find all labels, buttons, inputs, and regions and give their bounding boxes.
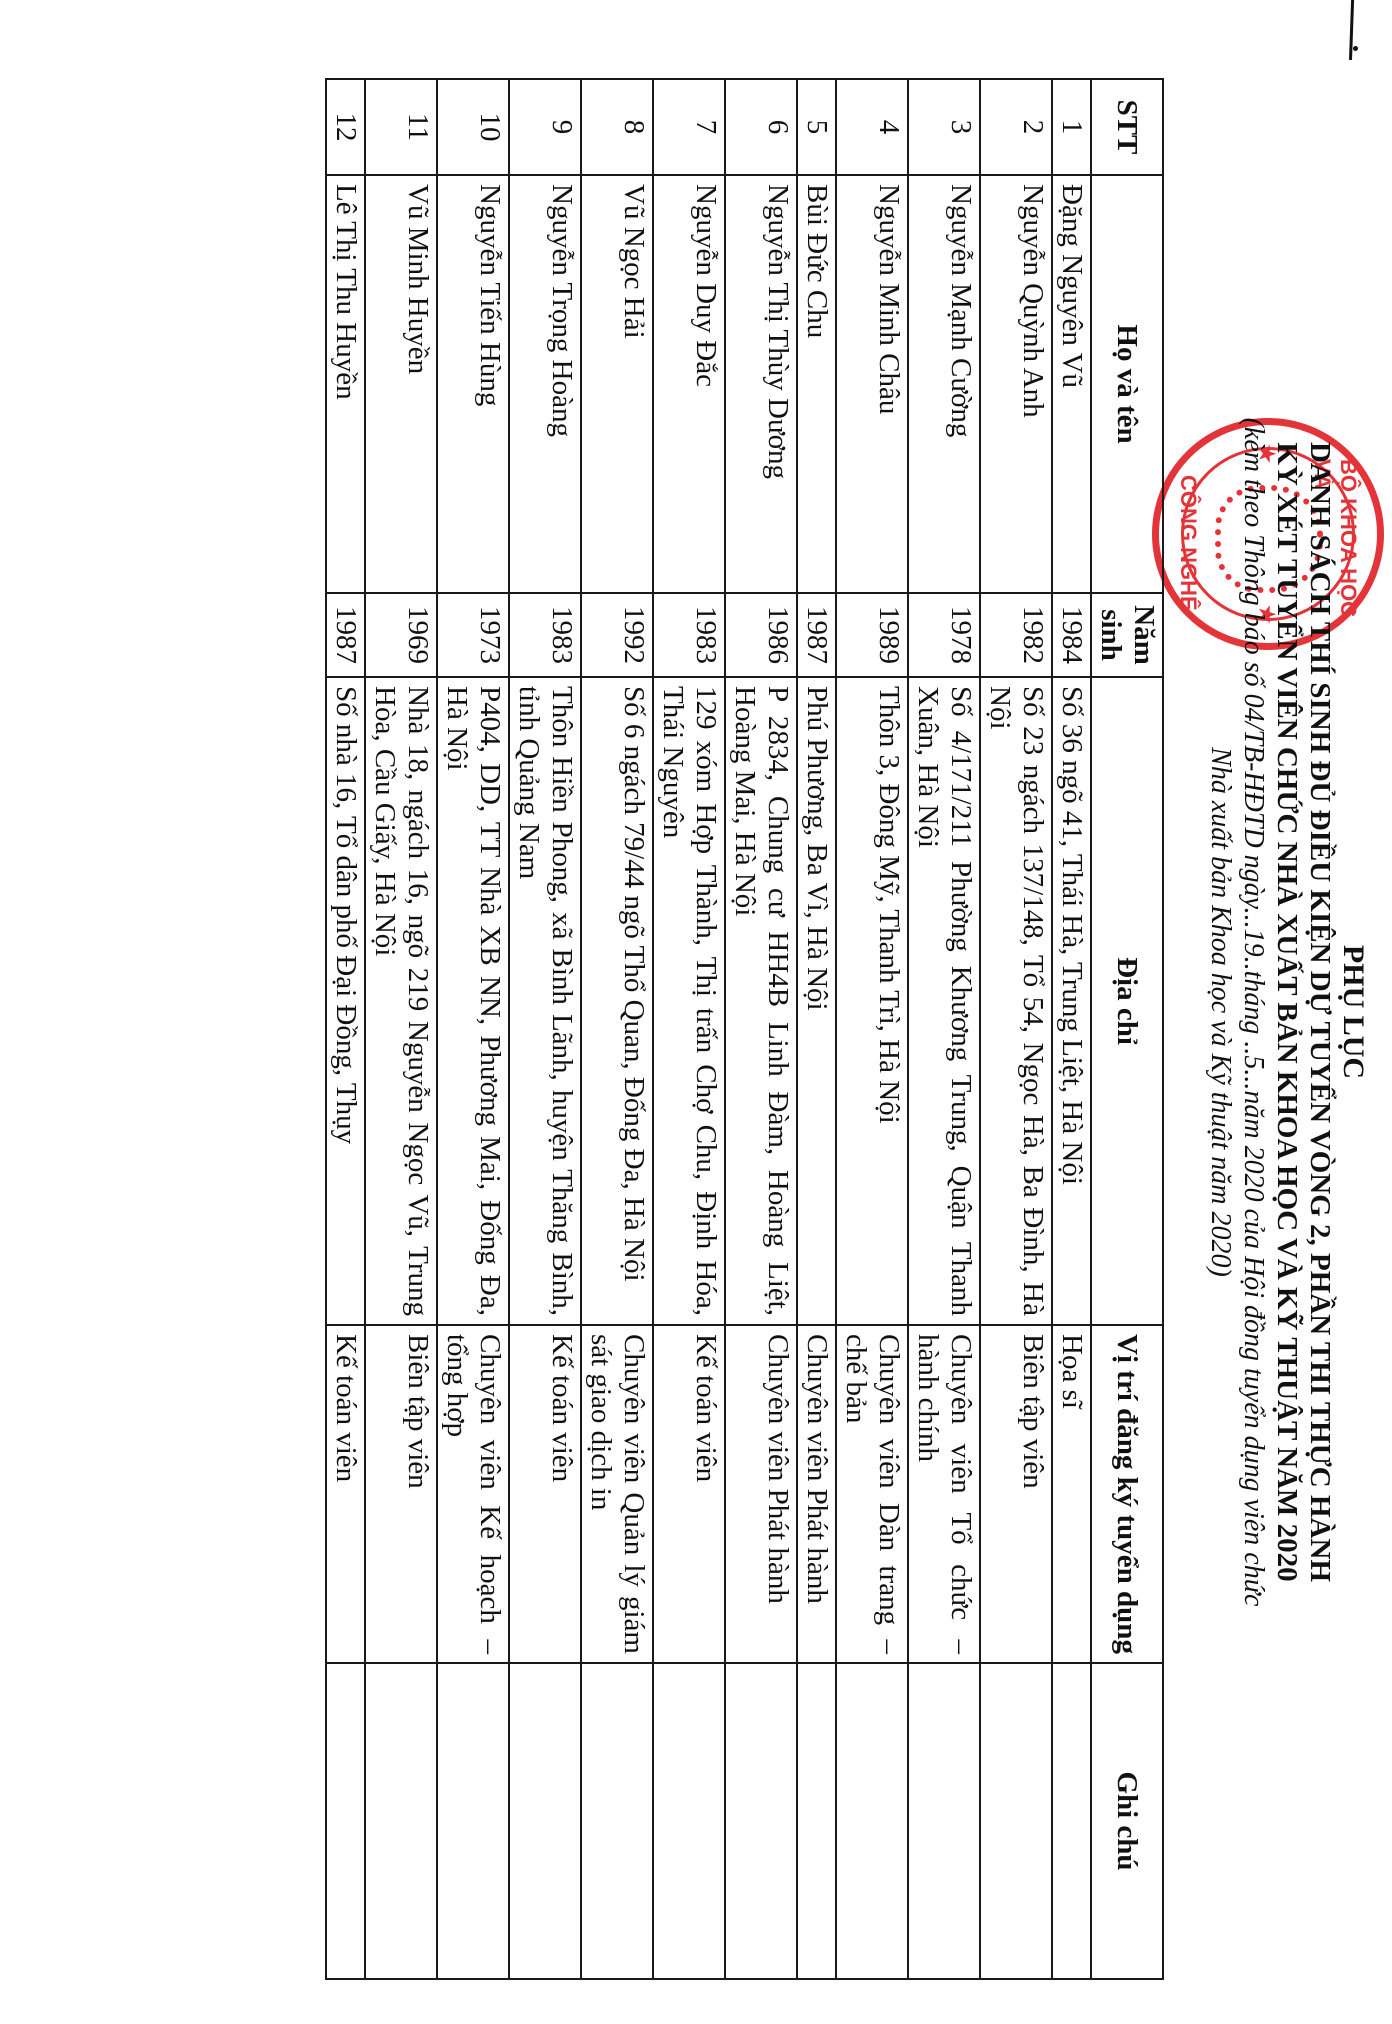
cell-name: Nguyễn Trọng Hoàng bbox=[509, 175, 581, 593]
table-row: 3Nguyễn Mạnh Cường1978Số 4/171/211 Phườn… bbox=[908, 79, 980, 1979]
table-row: 11Vũ Minh Huyền1969Nhà 18, ngách 16, ngõ… bbox=[365, 79, 437, 1979]
document-subtitle-line-1: (kèm theo Thông báo số 04/TB-HĐTD ngày..… bbox=[1237, 0, 1270, 2024]
cell-name: Nguyễn Quỳnh Anh bbox=[980, 175, 1052, 593]
header-address: Địa chỉ bbox=[1091, 677, 1163, 1325]
cell-stt: 2 bbox=[980, 79, 1052, 175]
cell-name: Bùi Đức Chu bbox=[797, 175, 836, 593]
cell-position: Kế toán viên bbox=[653, 1325, 725, 1663]
cell-position: Biên tập viên bbox=[365, 1325, 437, 1663]
cell-year: 1989 bbox=[836, 593, 908, 677]
cell-note bbox=[908, 1663, 980, 1979]
cell-position: Chuyên viên Quản lý giám sát giao dịch i… bbox=[581, 1325, 653, 1663]
cell-year: 1983 bbox=[509, 593, 581, 677]
cell-name: Nguyễn Minh Châu bbox=[836, 175, 908, 593]
cell-address: Số 23 ngách 137/148, Tổ 54, Ngọc Hà, Ba … bbox=[980, 677, 1052, 1325]
cell-stt: 4 bbox=[836, 79, 908, 175]
cell-year: 1984 bbox=[1052, 593, 1091, 677]
cell-stt: 3 bbox=[908, 79, 980, 175]
cell-name: Nguyễn Mạnh Cường bbox=[908, 175, 980, 593]
cell-year: 1987 bbox=[326, 593, 365, 677]
cell-note bbox=[437, 1663, 509, 1979]
cell-stt: 9 bbox=[509, 79, 581, 175]
table-row: 9Nguyễn Trọng Hoàng1983Thôn Hiền Phong, … bbox=[509, 79, 581, 1979]
cell-note bbox=[509, 1663, 581, 1979]
cell-address: Thôn 3, Đông Mỹ, Thanh Trì, Hà Nội bbox=[836, 677, 908, 1325]
cell-address: Số nhà 16, Tổ dân phố Đại Đồng, Thụy bbox=[326, 677, 365, 1325]
table-row: 6Nguyễn Thị Thùy Dương1986P 2834, Chung … bbox=[725, 79, 797, 1979]
cell-year: 1983 bbox=[653, 593, 725, 677]
scanned-document-page: ★ ★ BỘ KHOA HỌC VÀ CÔNG NGHỆ PHỤ LỤC DAN… bbox=[0, 0, 1392, 2024]
cell-note bbox=[365, 1663, 437, 1979]
header-year: Năm sinh bbox=[1091, 593, 1163, 677]
cell-position: Kế toán viên bbox=[509, 1325, 581, 1663]
cell-address: Số 6 ngách 79/44 ngõ Thổ Quan, Đống Đa, … bbox=[581, 677, 653, 1325]
cell-note bbox=[326, 1663, 365, 1979]
cell-position: Biên tập viên bbox=[980, 1325, 1052, 1663]
cell-address: Số 36 ngõ 41, Thái Hà, Trung Liệt, Hà Nộ… bbox=[1052, 677, 1091, 1325]
header-note: Ghi chú bbox=[1091, 1663, 1163, 1979]
cell-position: Chuyên viên Tổ chức – hành chính bbox=[908, 1325, 980, 1663]
cell-note bbox=[653, 1663, 725, 1979]
table-row: 1Đặng Nguyên Vũ1984Số 36 ngõ 41, Thái Hà… bbox=[1052, 79, 1091, 1979]
cell-year: 1969 bbox=[365, 593, 437, 677]
cell-position: Họa sĩ bbox=[1052, 1325, 1091, 1663]
cell-note bbox=[581, 1663, 653, 1979]
table-row: 2Nguyễn Quỳnh Anh1982Số 23 ngách 137/148… bbox=[980, 79, 1052, 1979]
cell-address: P404, DD, TT Nhà XB NN, Phương Mai, Đống… bbox=[437, 677, 509, 1325]
cell-year: 1978 bbox=[908, 593, 980, 677]
cell-note bbox=[1052, 1663, 1091, 1979]
cell-name: Nguyễn Thị Thùy Dương bbox=[725, 175, 797, 593]
table-row: 4Nguyễn Minh Châu1989Thôn 3, Đông Mỹ, Th… bbox=[836, 79, 908, 1979]
table-header-row: STT Họ và tên Năm sinh Địa chỉ Vị trí đă… bbox=[1091, 79, 1163, 1979]
cell-name: Vũ Ngọc Hải bbox=[581, 175, 653, 593]
cell-year: 1992 bbox=[581, 593, 653, 677]
cell-address: Số 4/171/211 Phường Khương Trung, Quận T… bbox=[908, 677, 980, 1325]
cell-stt: 6 bbox=[725, 79, 797, 175]
cell-address: 129 xóm Hợp Thành, Thị trấn Chợ Chu, Địn… bbox=[653, 677, 725, 1325]
cell-stt: 8 bbox=[581, 79, 653, 175]
appendix-label: PHỤ LỤC bbox=[1336, 0, 1370, 2024]
table-row: 12Lê Thị Thu Huyền1987Số nhà 16, Tổ dân … bbox=[326, 79, 365, 1979]
cell-year: 1987 bbox=[797, 593, 836, 677]
cell-year: 1982 bbox=[980, 593, 1052, 677]
cell-year: 1973 bbox=[437, 593, 509, 677]
table-row: 7Nguyễn Duy Đắc1983129 xóm Hợp Thành, Th… bbox=[653, 79, 725, 1979]
cell-note bbox=[725, 1663, 797, 1979]
cell-position: Chuyên viên Kế hoạch – tổng hợp bbox=[437, 1325, 509, 1663]
cell-year: 1986 bbox=[725, 593, 797, 677]
cell-position: Chuyên viên Phát hành bbox=[797, 1325, 836, 1663]
cell-address: Thôn Hiền Phong, xã Bình Lãnh, huyện Thă… bbox=[509, 677, 581, 1325]
document-header: PHỤ LỤC DANH SÁCH THÍ SINH ĐỦ ĐIỀU KIỆN … bbox=[1204, 0, 1370, 2024]
seal-text-bottom: CÔNG NGHỆ bbox=[1175, 475, 1201, 611]
cell-name: Nguyễn Duy Đắc bbox=[653, 175, 725, 593]
cell-address: Nhà 18, ngách 16, ngõ 219 Nguyễn Ngọc Vũ… bbox=[365, 677, 437, 1325]
cell-name: Nguyễn Tiến Hùng bbox=[437, 175, 509, 593]
cell-stt: 10 bbox=[437, 79, 509, 175]
header-stt: STT bbox=[1091, 79, 1163, 175]
cell-note bbox=[980, 1663, 1052, 1979]
table-row: 5Bùi Đức Chu1987Phú Phương, Ba Vì, Hà Nộ… bbox=[797, 79, 836, 1979]
cell-name: Vũ Minh Huyền bbox=[365, 175, 437, 593]
header-name: Họ và tên bbox=[1091, 175, 1163, 593]
cell-stt: 1 bbox=[1052, 79, 1091, 175]
cell-name: Đặng Nguyên Vũ bbox=[1052, 175, 1091, 593]
cell-address: P 2834, Chung cư HH4B Linh Đàm, Hoàng Li… bbox=[725, 677, 797, 1325]
document-title-line-1: DANH SÁCH THÍ SINH ĐỦ ĐIỀU KIỆN DỰ TUYỂN… bbox=[1303, 0, 1336, 2024]
candidate-table: STT Họ và tên Năm sinh Địa chỉ Vị trí đă… bbox=[325, 78, 1164, 1980]
cell-position: Chuyên viên Phát hành bbox=[725, 1325, 797, 1663]
cell-stt: 11 bbox=[365, 79, 437, 175]
cell-stt: 12 bbox=[326, 79, 365, 175]
cell-position: Chuyên viên Dàn trang – chế bản bbox=[836, 1325, 908, 1663]
cell-note bbox=[836, 1663, 908, 1979]
cell-name: Lê Thị Thu Huyền bbox=[326, 175, 365, 593]
cell-stt: 7 bbox=[653, 79, 725, 175]
cell-note bbox=[797, 1663, 836, 1979]
cell-position: Kế toán viên bbox=[326, 1325, 365, 1663]
cell-address: Phú Phương, Ba Vì, Hà Nội bbox=[797, 677, 836, 1325]
header-position: Vị trí đăng ký tuyển dụng bbox=[1091, 1325, 1163, 1663]
cell-stt: 5 bbox=[797, 79, 836, 175]
document-title-line-2: KỲ XÉT TUYỂN VIÊN CHỨC NHÀ XUẤT BẢN KHOA… bbox=[1270, 0, 1303, 2024]
table-row: 8Vũ Ngọc Hải1992Số 6 ngách 79/44 ngõ Thổ… bbox=[581, 79, 653, 1979]
table-row: 10Nguyễn Tiến Hùng1973P404, DD, TT Nhà X… bbox=[437, 79, 509, 1979]
document-subtitle-line-2: Nhà xuất bản Khoa học và Kỹ thuật năm 20… bbox=[1204, 0, 1237, 2024]
